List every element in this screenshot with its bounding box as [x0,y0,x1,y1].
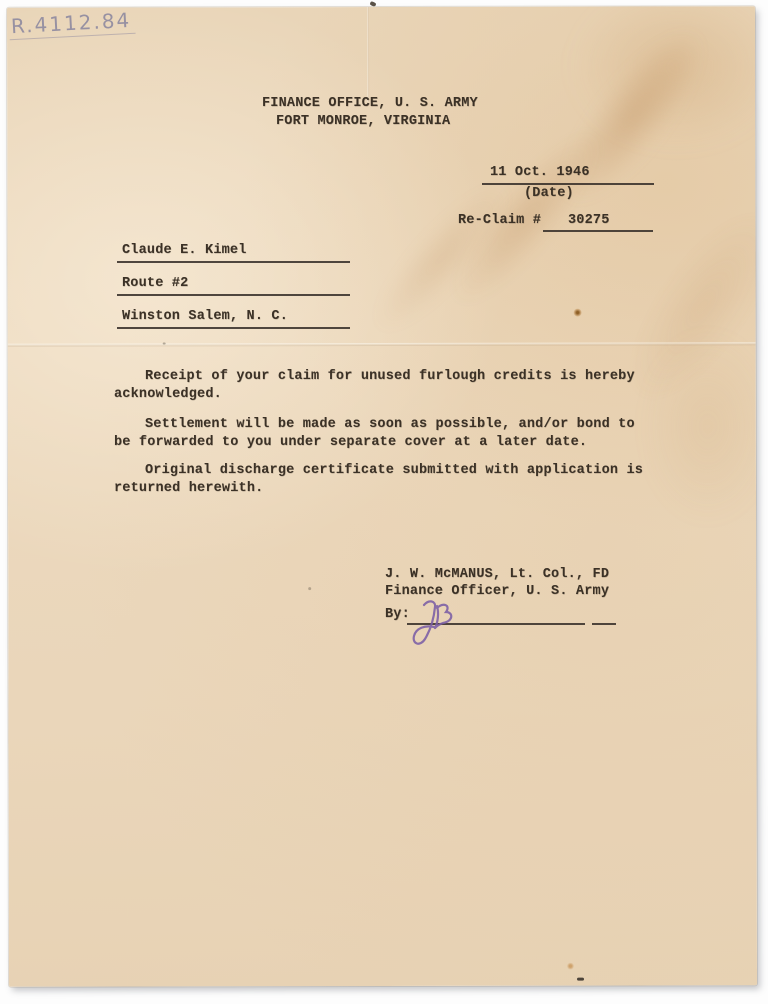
recipient-name-underline [117,261,350,263]
paragraph-3-line-1: Original discharge certificate submitted… [145,464,643,478]
handwritten-signature [408,596,466,652]
scanned-letter-page: R.4112.84 FINANCE OFFICE, U. S. ARMY FOR… [0,0,768,1004]
fold-crease-vertical [367,7,369,102]
recipient-address-line: Route #2 [122,277,188,291]
paper-speck-2 [308,587,311,590]
recipient-name: Claude E. Kimel [122,244,247,258]
recipient-address-underline [117,294,350,296]
recipient-city-line: Winston Salem, N. C. [122,310,288,324]
date-underline [482,183,654,185]
claim-label: Re-Claim # [458,214,541,228]
stain-dot-bottom [567,963,574,970]
date-value: 11 Oct. 1946 [490,166,590,180]
paragraph-1-line-2: acknowledged. [114,388,222,402]
fold-crease-horizontal [8,342,756,347]
paragraph-3-line-2: returned herewith. [114,482,263,496]
letterhead-line1: FINANCE OFFICE, U. S. ARMY [262,97,478,111]
claim-underline [543,230,653,232]
signer-name-line: J. W. McMANUS, Lt. Col., FD [385,568,609,582]
paper-speck-1 [163,342,166,344]
letterhead-line2: FORT MONROE, VIRGINIA [276,115,450,129]
by-label: By: [385,608,410,622]
stain-top-right-wash [547,6,757,166]
paragraph-2-line-2: be forwarded to you under separate cover… [114,436,587,450]
paragraph-1-line-1: Receipt of your claim for unused furloug… [145,370,635,384]
ink-speck-bottom [577,978,584,981]
recipient-city-underline [117,327,350,329]
paragraph-2-line-1: Settlement will be made as soon as possi… [145,418,635,432]
claim-number: 30275 [568,214,610,228]
stain-streak-1 [511,6,754,254]
date-caption: (Date) [524,187,574,201]
stain-streak-4 [572,152,757,461]
letter-paper-sheet [7,6,757,987]
stain-dot-small [574,309,582,317]
signature-underline-dash [592,623,616,625]
